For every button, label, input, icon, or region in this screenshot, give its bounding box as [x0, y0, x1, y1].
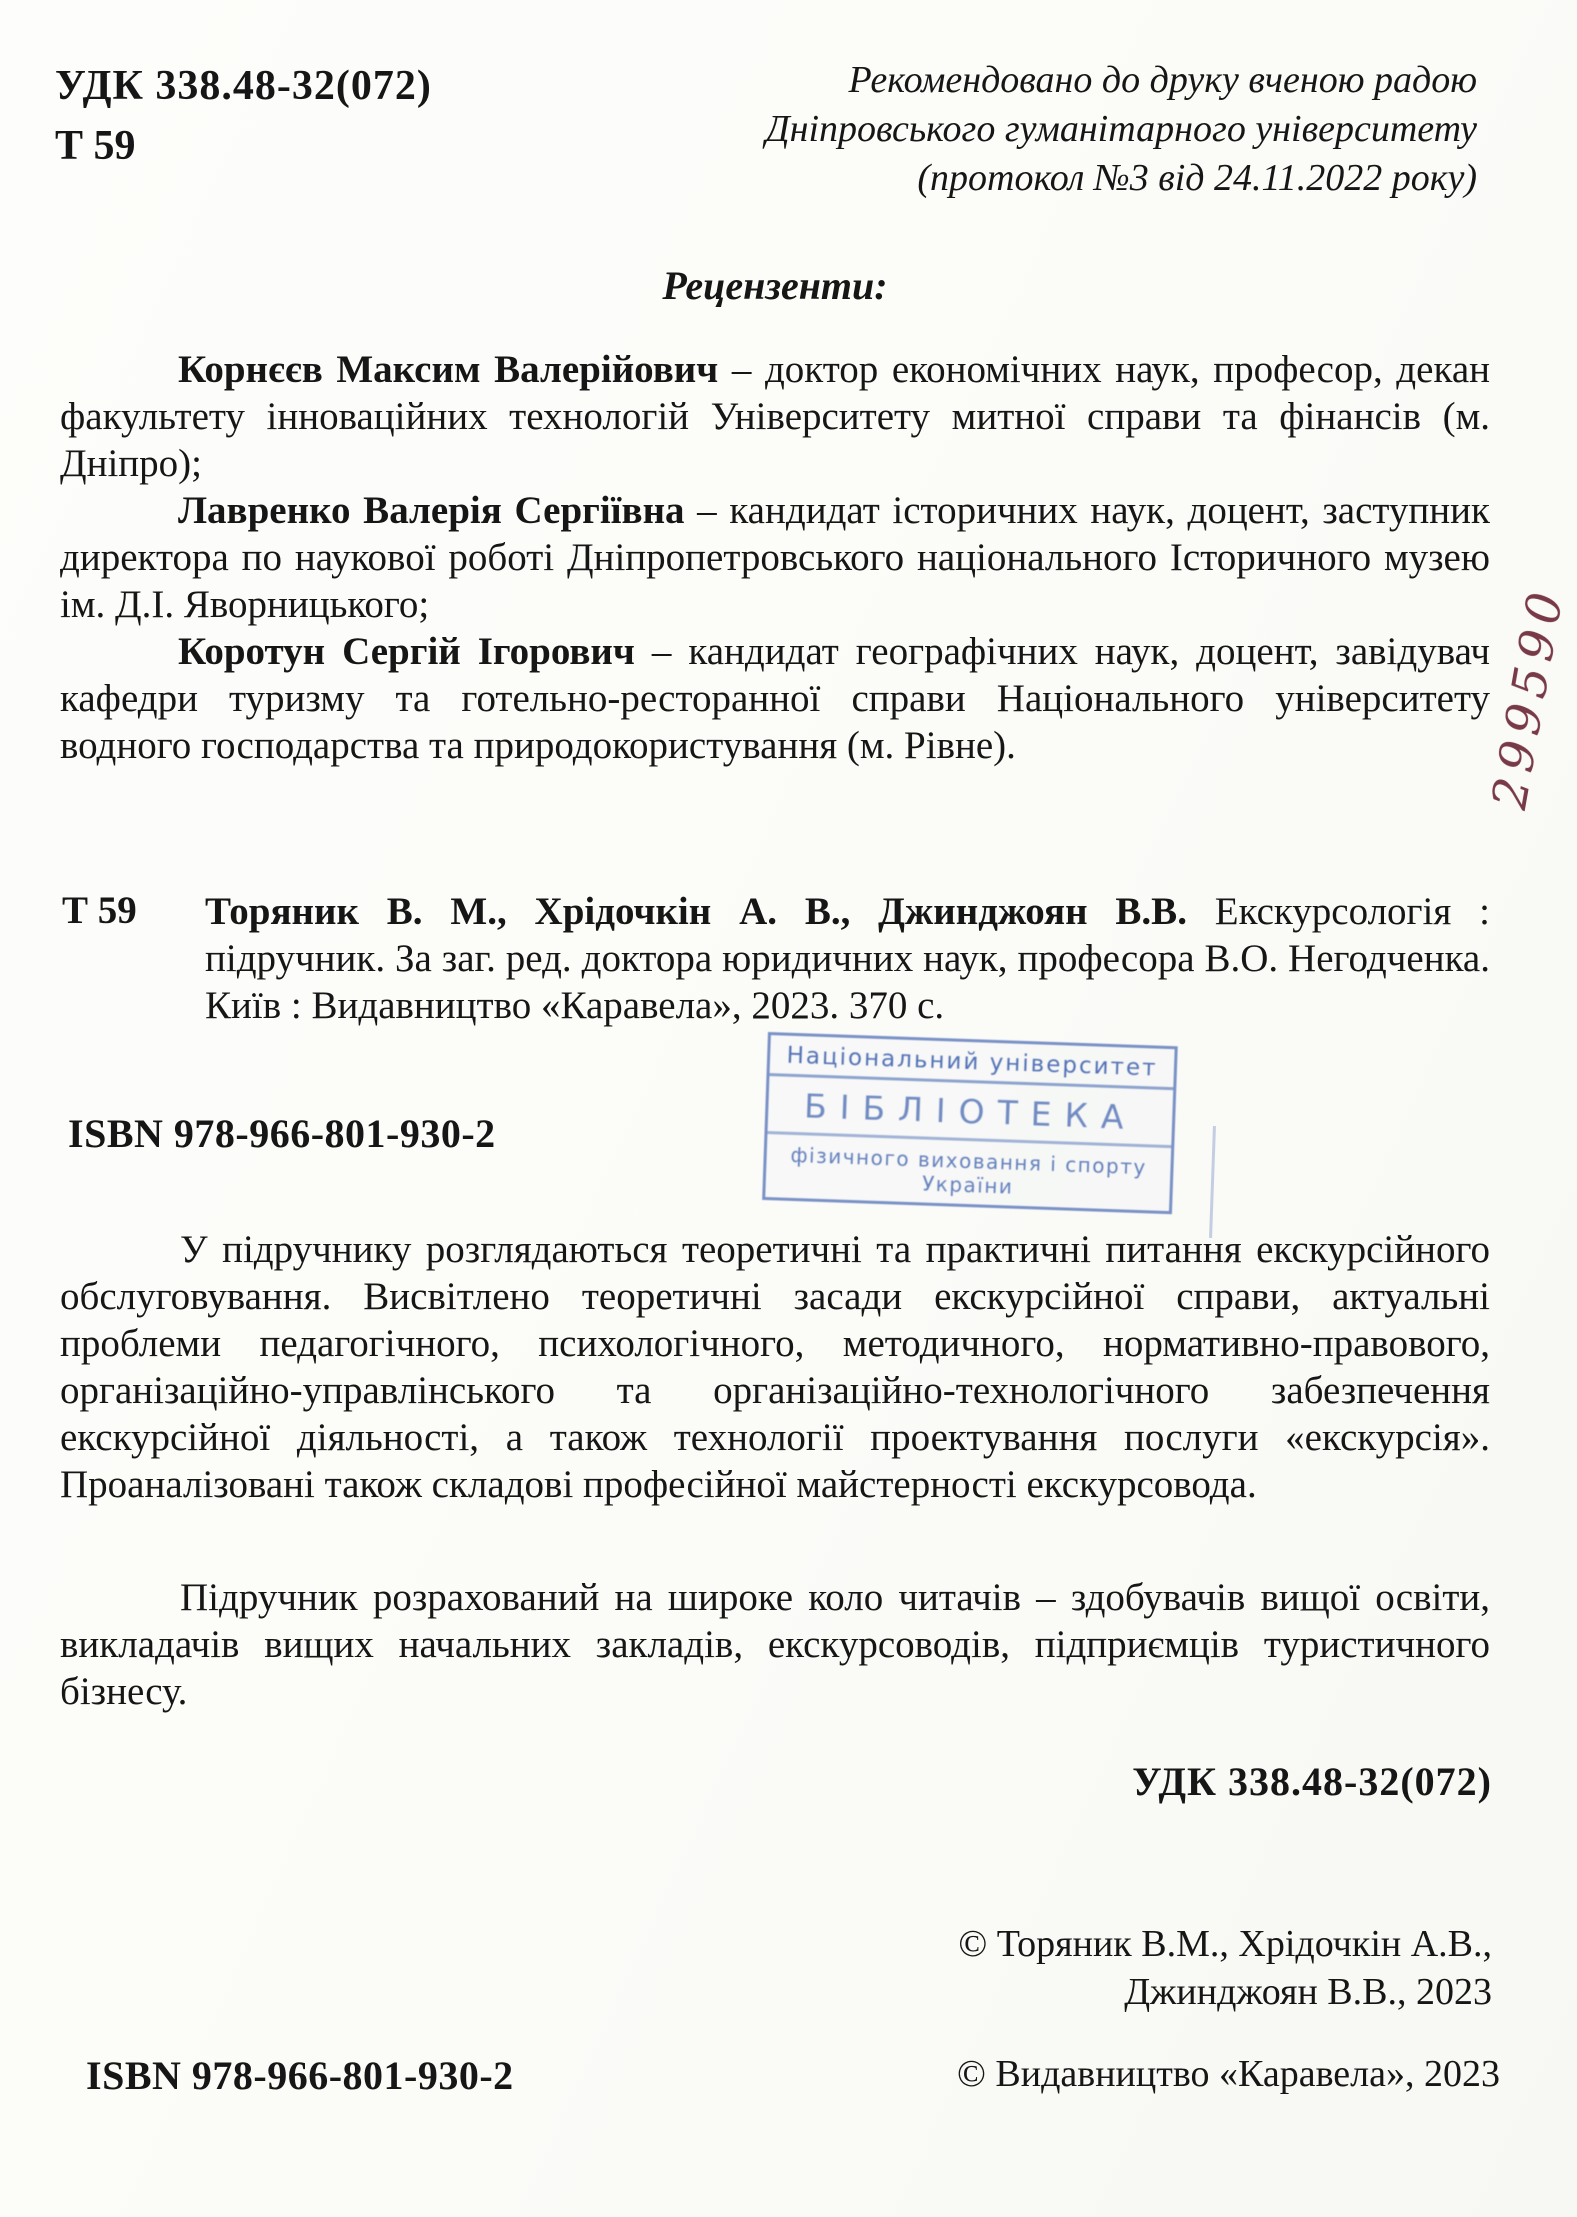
stamp-ghost-mark — [1209, 1126, 1216, 1238]
catalog-index-code: Т 59 — [62, 888, 137, 933]
copyright-publisher: © Видавництво «Каравела», 2023 — [957, 2052, 1500, 2096]
approval-line-2: Дніпровського гуманітарного університету — [427, 105, 1477, 154]
scanned-book-imprint-page: УДК 338.48-32(072) Т 59 Рекомендовано до… — [0, 0, 1577, 2217]
catalog-entry: Торяник В. М., Хрідочкін А. В., Джинджоя… — [205, 888, 1490, 1029]
udc-code-bottom: УДК 338.48-32(072) — [1132, 1758, 1492, 1805]
reviewer-name-3: Коротун Сергій Ігорович — [178, 630, 635, 673]
handwritten-accession-number: 299590 — [1481, 587, 1574, 813]
reviewer-entry-3: Коротун Сергій Ігорович – кандидат геогр… — [60, 628, 1490, 769]
approval-line-1: Рекомендовано до друку вченою радою — [427, 56, 1477, 105]
udc-code-top: УДК 338.48-32(072) — [55, 62, 432, 110]
author-index-code-top: Т 59 — [55, 122, 136, 170]
annotation-paragraph-1: У підручнику розглядаються теоретичні та… — [60, 1226, 1490, 1508]
approval-line-3: (протокол №3 від 24.11.2022 року) — [427, 154, 1477, 203]
copyright-authors: © Торяник В.М., Хрідочкін А.В., Джинджоя… — [592, 1920, 1492, 2016]
catalog-authors: Торяник В. М., Хрідочкін А. В., Джинджоя… — [205, 890, 1187, 933]
approval-note: Рекомендовано до друку вченою радою Дніп… — [427, 56, 1477, 203]
reviewer-name-2: Лавренко Валерія Сергіївна — [178, 489, 685, 532]
reviewer-name-1: Корнєєв Максим Валерійович — [178, 348, 718, 391]
library-stamp: Національний університет БІБЛІОТЕКА фізи… — [762, 1032, 1178, 1214]
isbn-bottom: ISBN 978-966-801-930-2 — [86, 2052, 514, 2099]
annotation-paragraph-2: Підручник розрахований на широке коло чи… — [60, 1574, 1490, 1715]
copyright-authors-line-1: © Торяник В.М., Хрідочкін А.В., — [592, 1920, 1492, 1968]
reviewers-heading: Рецензенти: — [60, 262, 1490, 309]
isbn-middle: ISBN 978-966-801-930-2 — [68, 1110, 496, 1157]
stamp-faculty-line: фізичного виховання і спорту України — [765, 1134, 1171, 1211]
reviewer-entry-2: Лавренко Валерія Сергіївна – кандидат іс… — [60, 487, 1490, 628]
reviewer-entry-1: Корнєєв Максим Валерійович – доктор екон… — [60, 346, 1490, 487]
copyright-authors-line-2: Джинджоян В.В., 2023 — [592, 1968, 1492, 2016]
reviewers-list: Корнєєв Максим Валерійович – доктор екон… — [60, 346, 1490, 769]
